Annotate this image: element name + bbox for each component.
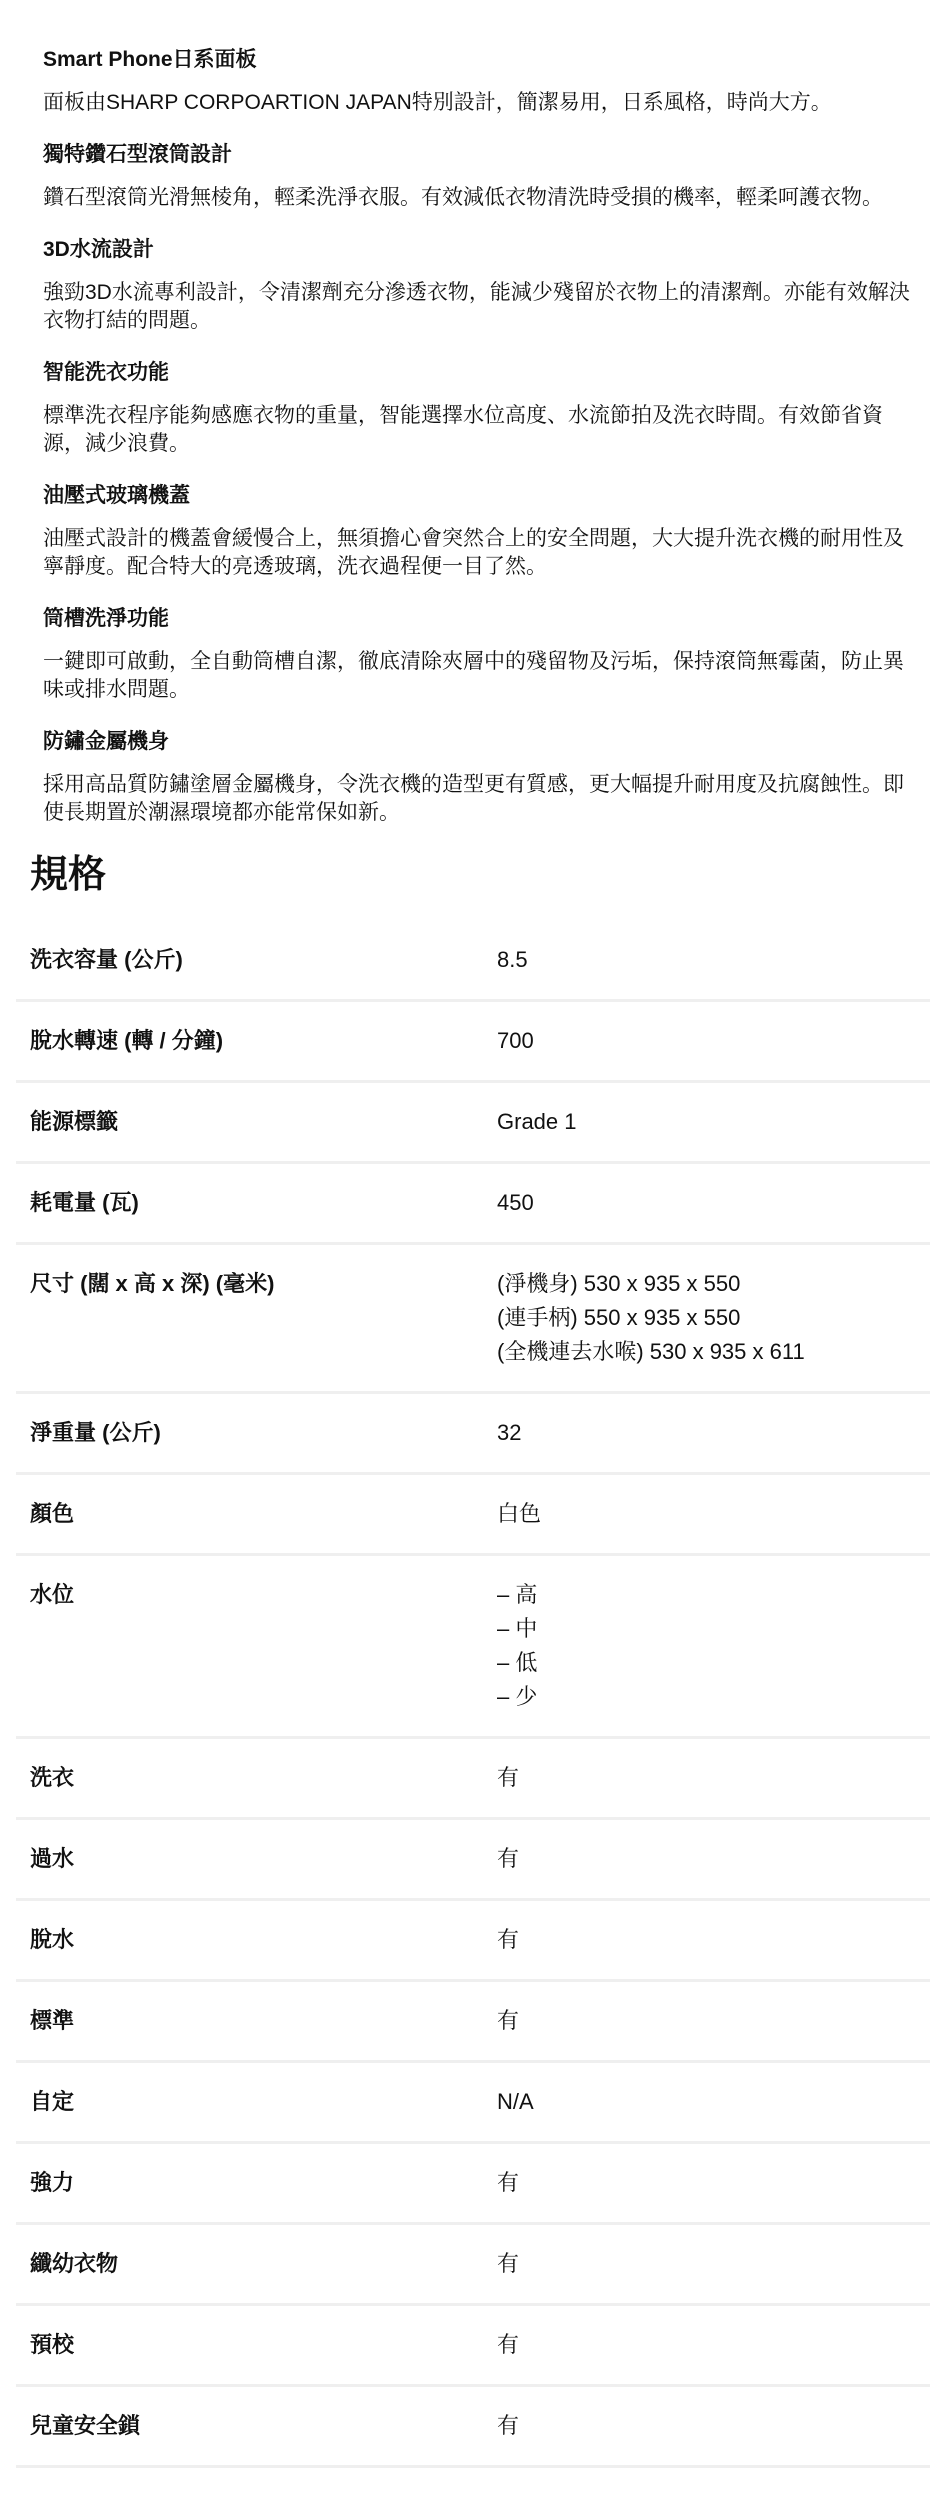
spec-value: 有 (497, 1842, 916, 1876)
spec-row-water-level: 水位 – 高 – 中 – 低 – 少 (16, 1556, 930, 1739)
spec-row-wash: 洗衣 有 (16, 1739, 930, 1820)
spec-value-line: 有 (497, 2004, 916, 2038)
feature-body-3d-water-flow: 強勁3D水流專利設計，令清潔劑充分滲透衣物，能減少殘留於衣物上的清潔劑。亦能有效… (43, 279, 914, 335)
spec-label: 纖幼衣物 (30, 2247, 497, 2281)
spec-value-line: 700 (497, 1024, 916, 1058)
spec-row-color: 顏色 白色 (16, 1475, 930, 1556)
spec-label: 尺寸 (闊 x 高 x 深) (毫米) (30, 1267, 497, 1301)
spec-label: 顏色 (30, 1497, 497, 1531)
spec-value: – 高 – 中 – 低 – 少 (497, 1578, 916, 1714)
spec-value: 有 (497, 2328, 916, 2362)
spec-value-line: – 中 (497, 1612, 916, 1646)
spec-label: 脫水 (30, 1923, 497, 1957)
spec-row-spin-speed: 脫水轉速 (轉 / 分鐘) 700 (16, 1002, 930, 1083)
spec-value: 700 (497, 1024, 916, 1058)
spec-row-strong: 強力 有 (16, 2144, 930, 2225)
spec-value-line: 有 (497, 1842, 916, 1876)
spec-value-line: 8.5 (497, 943, 916, 977)
spec-label: 洗衣容量 (公斤) (30, 943, 497, 977)
product-detail-page: Smart Phone日系面板 面板由SHARP CORPOARTION JAP… (0, 0, 950, 2472)
spec-row-child-lock: 兒童安全鎖 有 (16, 2387, 930, 2468)
spec-label: 強力 (30, 2166, 497, 2200)
spec-row-spin: 脫水 有 (16, 1901, 930, 1982)
spec-value-line: 有 (497, 2328, 916, 2362)
feature-body-hydraulic-lid: 油壓式設計的機蓋會緩慢合上，無須擔心會突然合上的安全問題，大大提升洗衣機的耐用性… (43, 525, 914, 581)
spec-label: 洗衣 (30, 1761, 497, 1795)
spec-row-rinse: 過水 有 (16, 1820, 930, 1901)
spec-value-line: 有 (497, 2247, 916, 2281)
spec-value-line: 白色 (497, 1497, 916, 1531)
spec-row-net-weight: 淨重量 (公斤) 32 (16, 1394, 930, 1475)
spec-value-line: – 低 (497, 1646, 916, 1680)
spec-value: 有 (497, 2247, 916, 2281)
spec-value-line: (全機連去水喉) 530 x 935 x 611 (497, 1335, 916, 1369)
spec-row-delicate: 纖幼衣物 有 (16, 2225, 930, 2306)
spec-value-line: Grade 1 (497, 1105, 916, 1139)
spec-row-standard: 標準 有 (16, 1982, 930, 2063)
spec-row-dimensions: 尺寸 (闊 x 高 x 深) (毫米) (淨機身) 530 x 935 x 55… (16, 1245, 930, 1394)
spec-value-line: 有 (497, 1761, 916, 1795)
spec-label: 淨重量 (公斤) (30, 1416, 497, 1450)
spec-value-line: – 高 (497, 1578, 916, 1612)
spec-value-line: 有 (497, 2409, 916, 2443)
spec-value: 有 (497, 1761, 916, 1795)
spec-value-line: (淨機身) 530 x 935 x 550 (497, 1267, 916, 1301)
spec-label: 過水 (30, 1842, 497, 1876)
spec-row-power-consumption: 耗電量 (瓦) 450 (16, 1164, 930, 1245)
feature-body-anti-rust-body: 採用高品質防鏽塗層金屬機身，令洗衣機的造型更有質感，更大幅提升耐用度及抗腐蝕性。… (43, 771, 914, 827)
spec-label: 耗電量 (瓦) (30, 1186, 497, 1220)
spec-value-line: 32 (497, 1416, 916, 1450)
spec-value: (淨機身) 530 x 935 x 550 (連手柄) 550 x 935 x … (497, 1267, 916, 1369)
feature-heading-anti-rust-body: 防鏽金屬機身 (43, 728, 914, 755)
spec-label: 自定 (30, 2085, 497, 2119)
spec-value: N/A (497, 2085, 916, 2119)
spec-row-preset: 預校 有 (16, 2306, 930, 2387)
spec-value-line: 450 (497, 1186, 916, 1220)
specs-title: 規格 (30, 851, 916, 899)
spec-row-wash-capacity: 洗衣容量 (公斤) 8.5 (16, 921, 930, 1002)
spec-label: 標準 (30, 2004, 497, 2038)
specs-table: 洗衣容量 (公斤) 8.5 脫水轉速 (轉 / 分鐘) 700 能源標籤 Gra… (16, 921, 930, 2468)
spec-value-line: 有 (497, 1923, 916, 1957)
spec-value: Grade 1 (497, 1105, 916, 1139)
feature-body-smart-panel: 面板由SHARP CORPOARTION JAPAN特別設計，簡潔易用，日系風格… (43, 89, 914, 117)
spec-label: 預校 (30, 2328, 497, 2362)
feature-heading-drum-clean: 筒槽洗淨功能 (43, 605, 914, 632)
specs-section: 規格 洗衣容量 (公斤) 8.5 脫水轉速 (轉 / 分鐘) 700 能源標籤 … (0, 851, 950, 2472)
spec-value: 有 (497, 1923, 916, 1957)
spec-row-energy-label: 能源標籤 Grade 1 (16, 1083, 930, 1164)
spec-value: 32 (497, 1416, 916, 1450)
spec-value-line: (連手柄) 550 x 935 x 550 (497, 1301, 916, 1335)
feature-heading-hydraulic-lid: 油壓式玻璃機蓋 (43, 482, 914, 509)
spec-value: 有 (497, 2409, 916, 2443)
spec-value: 8.5 (497, 943, 916, 977)
spec-row-custom: 自定 N/A (16, 2063, 930, 2144)
spec-label: 能源標籤 (30, 1105, 497, 1139)
spec-value: 450 (497, 1186, 916, 1220)
feature-body-drum-clean: 一鍵即可啟動，全自動筒槽自潔，徹底清除夾層中的殘留物及污垢，保持滾筒無霉菌，防止… (43, 648, 914, 704)
spec-value-line: 有 (497, 2166, 916, 2200)
feature-heading-3d-water-flow: 3D水流設計 (43, 236, 914, 263)
spec-value-line: – 少 (497, 1680, 916, 1714)
features-section: Smart Phone日系面板 面板由SHARP CORPOARTION JAP… (0, 0, 950, 827)
spec-value: 有 (497, 2004, 916, 2038)
spec-label: 水位 (30, 1578, 497, 1612)
spec-label: 兒童安全鎖 (30, 2409, 497, 2443)
feature-heading-diamond-drum: 獨特鑽石型滾筒設計 (43, 141, 914, 168)
spec-value-line: N/A (497, 2085, 916, 2119)
spec-value: 有 (497, 2166, 916, 2200)
feature-heading-smart-wash: 智能洗衣功能 (43, 359, 914, 386)
feature-body-smart-wash: 標準洗衣程序能夠感應衣物的重量，智能選擇水位高度、水流節拍及洗衣時間。有效節省資… (43, 402, 914, 458)
spec-label: 脫水轉速 (轉 / 分鐘) (30, 1024, 497, 1058)
feature-heading-smart-panel: Smart Phone日系面板 (43, 46, 914, 73)
spec-value: 白色 (497, 1497, 916, 1531)
feature-body-diamond-drum: 鑽石型滾筒光滑無棱角，輕柔洗淨衣服。有效減低衣物清洗時受損的機率，輕柔呵護衣物。 (43, 184, 914, 212)
